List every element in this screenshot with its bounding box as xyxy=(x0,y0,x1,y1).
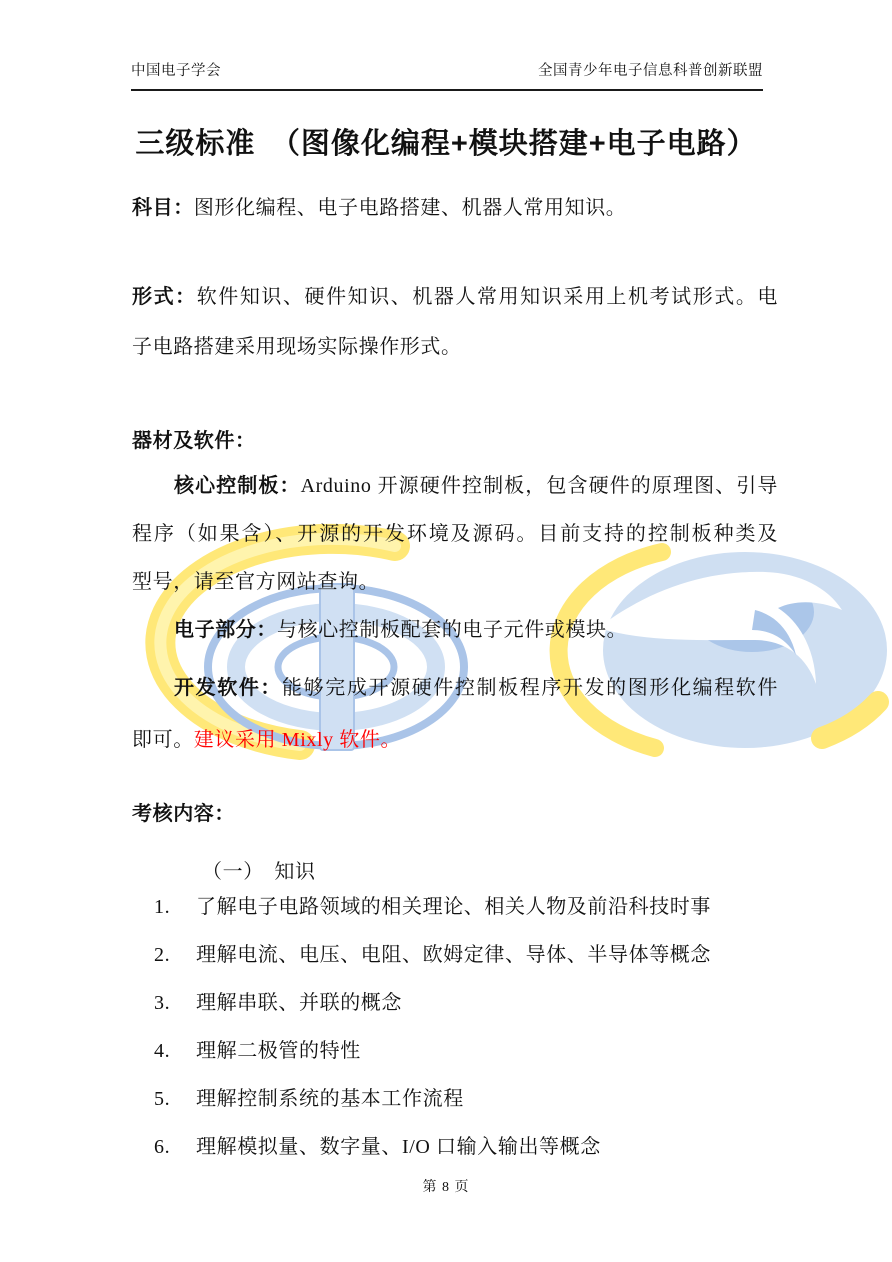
format-line-1: 形式：软件知识、硬件知识、机器人常用知识采用上机考试形式。电 xyxy=(132,272,778,322)
list-item: 4. 理解二极管的特性 xyxy=(132,1027,778,1075)
document-page: 中国电子学会 全国青少年电子信息科普创新联盟 三级标准 （图像化编程+模块搭建+… xyxy=(0,0,892,1262)
list-item: 3. 理解串联、并联的概念 xyxy=(132,979,778,1027)
software-label: 开发软件： xyxy=(174,677,282,699)
item-number: 2. xyxy=(154,931,196,979)
item-text: 理解串联、并联的概念 xyxy=(196,979,402,1027)
format-line1-text: 软件知识、硬件知识、机器人常用知识采用上机考试形式。电 xyxy=(197,286,778,308)
page-header: 中国电子学会 全国青少年电子信息科普创新联盟 xyxy=(131,59,763,91)
electronic-text: 与核心控制板配套的电子元件或模块。 xyxy=(277,619,627,641)
item-text: 理解模拟量、数字量、I/O 口输入输出等概念 xyxy=(196,1123,601,1171)
software-line-2: 即可。建议采用 Mixly 软件。 xyxy=(132,714,778,766)
list-item: 1. 了解电子电路领域的相关理论、相关人物及前沿科技时事 xyxy=(132,883,778,931)
core-board-line1-text: Arduino 开源硬件控制板，包含硬件的原理图、引导 xyxy=(301,475,778,497)
list-item: 6. 理解模拟量、数字量、I/O 口输入输出等概念 xyxy=(132,1123,778,1171)
electronic-paragraph: 电子部分：与核心控制板配套的电子元件或模块。 xyxy=(132,606,778,654)
item-text: 了解电子电路领域的相关理论、相关人物及前沿科技时事 xyxy=(196,883,711,931)
format-paragraph: 形式：软件知识、硬件知识、机器人常用知识采用上机考试形式。电 子电路搭建采用现场… xyxy=(132,272,778,372)
electronic-label: 电子部分： xyxy=(174,619,277,641)
format-label: 形式： xyxy=(132,286,197,308)
item-number: 4. xyxy=(154,1027,196,1075)
page-title: 三级标准 （图像化编程+模块搭建+电子电路） xyxy=(100,121,792,162)
core-board-label: 核心控制板： xyxy=(174,475,301,497)
item-number: 6. xyxy=(154,1123,196,1171)
subject-paragraph: 科目：图形化编程、电子电路搭建、机器人常用知识。 xyxy=(132,194,778,222)
list-item: 2. 理解电流、电压、电阻、欧姆定律、导体、半导体等概念 xyxy=(132,931,778,979)
subject-label: 科目： xyxy=(132,197,194,219)
software-paragraph: 开发软件：能够完成开源硬件控制板程序开发的图形化编程软件 即可。建议采用 Mix… xyxy=(132,662,778,766)
core-board-line-3: 型号，请至官方网站查询。 xyxy=(132,558,778,606)
assessment-heading: 考核内容： xyxy=(132,801,778,827)
page-number: 第 8 页 xyxy=(0,1176,892,1196)
knowledge-subheading: （一） 知识 xyxy=(132,859,848,885)
item-text: 理解二极管的特性 xyxy=(196,1027,361,1075)
header-right-org: 全国青少年电子信息科普创新联盟 xyxy=(538,59,763,80)
core-board-paragraph: 核心控制板：Arduino 开源硬件控制板，包含硬件的原理图、引导 程序（如果含… xyxy=(132,462,778,606)
item-number: 5. xyxy=(154,1075,196,1123)
core-board-line-1: 核心控制板：Arduino 开源硬件控制板，包含硬件的原理图、引导 xyxy=(132,462,778,510)
item-number: 1. xyxy=(154,883,196,931)
software-line-1: 开发软件：能够完成开源硬件控制板程序开发的图形化编程软件 xyxy=(132,662,778,714)
header-left-org: 中国电子学会 xyxy=(131,59,221,80)
software-line1-text: 能够完成开源硬件控制板程序开发的图形化编程软件 xyxy=(282,677,778,699)
software-line2-plain: 即可。 xyxy=(132,729,194,751)
core-board-line-2: 程序（如果含）、开源的开发环境及源码。目前支持的控制板种类及 xyxy=(132,510,778,558)
subject-text: 图形化编程、电子电路搭建、机器人常用知识。 xyxy=(194,197,627,219)
software-recommendation-highlight: 建议采用 Mixly 软件。 xyxy=(194,729,401,751)
format-line-2: 子电路搭建采用现场实际操作形式。 xyxy=(132,322,778,372)
item-number: 3. xyxy=(154,979,196,1027)
item-text: 理解控制系统的基本工作流程 xyxy=(196,1075,464,1123)
list-item: 5. 理解控制系统的基本工作流程 xyxy=(132,1075,778,1123)
item-text: 理解电流、电压、电阻、欧姆定律、导体、半导体等概念 xyxy=(196,931,711,979)
knowledge-item-list: 1. 了解电子电路领域的相关理论、相关人物及前沿科技时事 2. 理解电流、电压、… xyxy=(132,883,778,1171)
equipment-heading: 器材及软件： xyxy=(132,428,778,454)
